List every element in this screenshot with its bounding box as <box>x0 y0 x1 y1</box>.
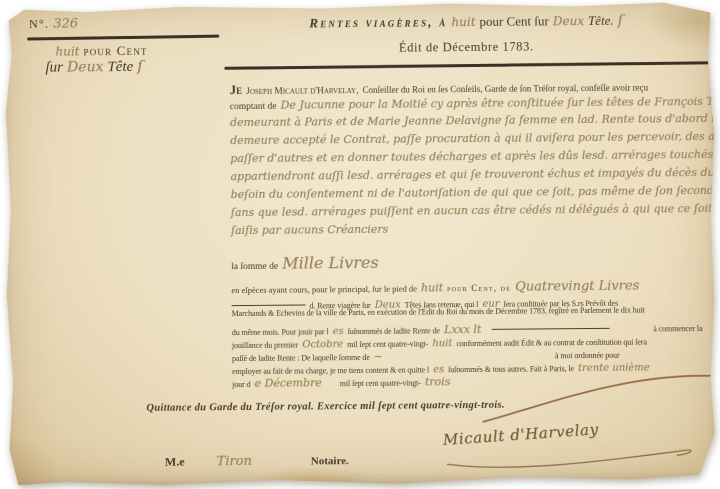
title-print-b: pour Cent ſur <box>479 13 548 29</box>
corner-underline <box>27 35 219 41</box>
notary-name-hand: Tiron <box>216 454 251 469</box>
corner-heads-line: ſur Deux Tête ſ <box>45 57 142 77</box>
document-title: Rentes viagères, à huit pour Cent ſur De… <box>221 11 711 33</box>
comptant-label: comptant de <box>230 102 277 112</box>
handwritten-segment: De Jucunne pour la Moitié cy après être … <box>280 94 720 112</box>
signature-flourish-icon <box>424 358 717 483</box>
somme-value: Mille Livres <box>282 253 379 273</box>
handwritten-line: ſaiſis par aucuns Créanciers <box>231 220 715 237</box>
document-paper: N°. 326 huit pour Cent ſur Deux Tête ſ R… <box>3 0 717 488</box>
corner-heads-flourish: ſ <box>137 57 143 75</box>
document-paper-wrap: N°. 326 huit pour Cent ſur Deux Tête ſ R… <box>3 0 717 488</box>
notary-line: M.e Tiron Notaire. <box>165 451 349 471</box>
especes-print-a: en eſpèces ayant cours, pour le principa… <box>231 284 417 296</box>
handwritten-line: paſſer d'autres et en donner toutes déch… <box>230 148 714 165</box>
notary-label: M.e <box>165 455 185 469</box>
jour-print-b: mil ſept cent quatre-vingt- <box>340 378 421 388</box>
somme-label: la ſomme de <box>231 262 278 272</box>
somme-line: la ſomme de Mille Livres <box>231 250 715 274</box>
document-subtitle: Édit de Décembre 1783. <box>221 38 711 57</box>
corner-heads-hand: Deux <box>67 59 104 75</box>
fill-rule <box>491 328 609 330</box>
jour-print-a: jour d <box>232 380 250 389</box>
number-label: N°. <box>29 17 49 31</box>
fill-rule <box>232 304 306 306</box>
jour-month-hand: e Décembre <box>254 376 321 390</box>
handwritten-line: beſoin du conſentement ni de l'autoriſat… <box>231 184 715 201</box>
handwritten-line: demeure accepté le Contrat, paſſe procur… <box>230 130 714 147</box>
handwritten-line: demeurant à Paris et de Marie Jeanne Del… <box>230 112 714 129</box>
corner-heads-print-a: ſur <box>45 60 63 76</box>
header-rule <box>224 61 710 70</box>
title-print-c: Tête. <box>588 13 614 28</box>
comptant-line: comptant de De Jucunne pour la Moitié cy… <box>230 92 714 114</box>
title-hand-rate: huit <box>451 15 475 29</box>
opening-initial: Je <box>230 82 243 97</box>
handwritten-line: ſans que lesd. arrérages puiſſent en auc… <box>231 202 715 219</box>
handwritten-line: appartiendront auſſi lesd. arrérages et … <box>230 166 714 183</box>
notary-title: Notaire. <box>311 455 349 467</box>
especes-rate-hand: huit <box>421 281 443 294</box>
number-value: 326 <box>53 16 78 31</box>
title-hand-heads: Deux <box>553 14 584 28</box>
title-flourish: ſ <box>618 13 623 29</box>
scan-background: N°. 326 huit pour Cent ſur Deux Tête ſ R… <box>0 0 720 489</box>
especes-print-b: pour Cent, de <box>447 283 511 294</box>
title-print-a: Rentes viagères, à <box>309 14 447 30</box>
document-number-line: N°. 326 <box>29 14 78 32</box>
corner-heads-print-b: Tête <box>107 59 133 75</box>
